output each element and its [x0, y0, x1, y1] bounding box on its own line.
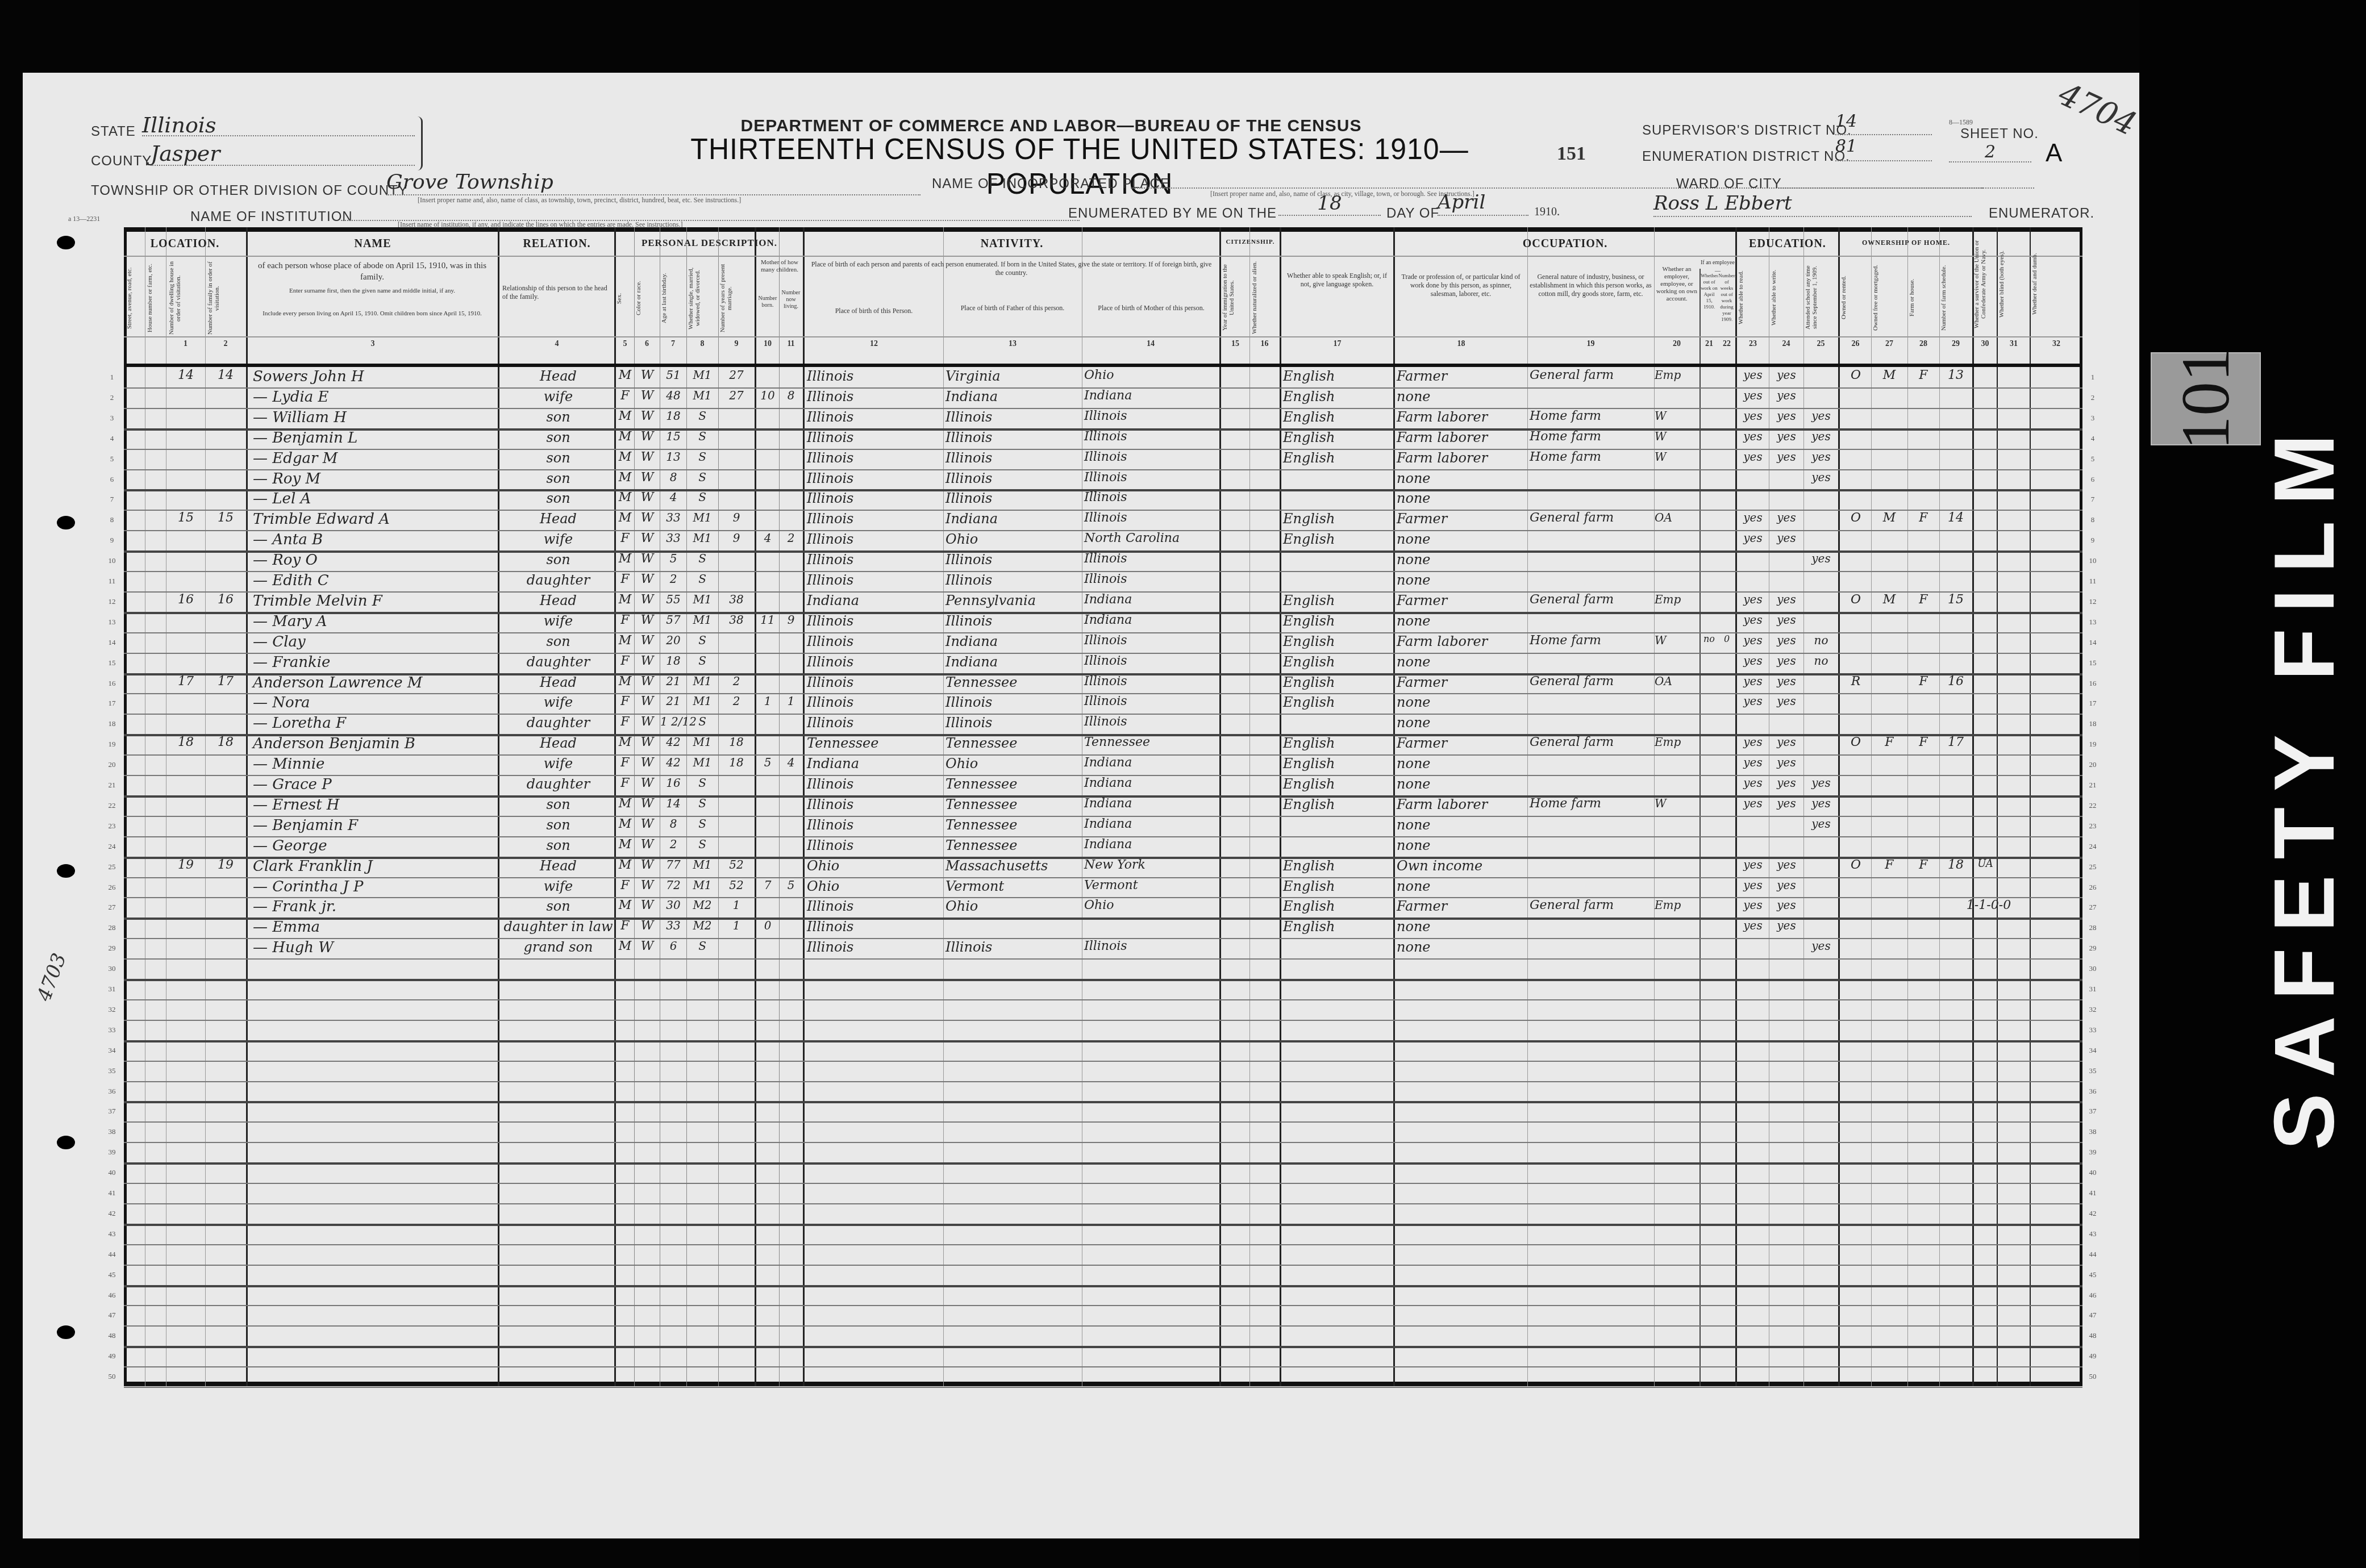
cell-write: yes [1770, 633, 1803, 647]
line-number-right: 38 [2084, 1127, 2101, 1136]
column-number: 16 [1249, 340, 1280, 349]
cell-name: — Loretha F [253, 715, 497, 732]
cell-write: yes [1770, 878, 1803, 892]
column-number: 24 [1769, 340, 1803, 349]
cell-read: yes [1738, 409, 1768, 423]
line-number-left: 43 [103, 1229, 120, 1238]
cell-industry: General farm [1530, 511, 1653, 525]
cell-mother: Tennessee [1084, 735, 1219, 749]
cell-trade: none [1397, 837, 1526, 853]
column-number: 26 [1840, 340, 1871, 349]
cell-read: yes [1738, 429, 1768, 443]
cell-write: yes [1770, 858, 1803, 871]
line-number-left: 3 [103, 414, 120, 423]
line-number-left: 9 [103, 536, 120, 545]
cell-trade: none [1397, 756, 1526, 772]
cell-sex: M [617, 470, 634, 485]
state-value: Illinois [142, 112, 415, 136]
line-number-left: 23 [103, 821, 120, 831]
cell-name: — Emma [253, 919, 497, 936]
cell-mort: F [1872, 858, 1906, 872]
cell-birth: Illinois [807, 409, 942, 425]
row-divider [124, 1040, 2082, 1042]
cell-name: Trimble Melvin F [253, 593, 497, 610]
cell-language: English [1283, 654, 1392, 670]
cell-race: W [635, 776, 659, 790]
row-divider [124, 1265, 2082, 1266]
line-number-left: 33 [103, 1025, 120, 1035]
cell-own: O [1841, 368, 1871, 382]
cell-sex: F [617, 654, 634, 668]
column-number: 19 [1527, 340, 1654, 349]
cell-marital: M1 [687, 878, 718, 892]
row-divider [124, 1203, 2082, 1204]
line-number-right: 20 [2084, 760, 2101, 769]
line-number-right: 12 [2084, 597, 2101, 606]
cell-sex: M [617, 898, 634, 912]
header-name-sub1: Enter surname first, then the given name… [253, 287, 491, 295]
cell-emp: Emp [1655, 735, 1699, 749]
divider [1803, 227, 1804, 1386]
column-number: 14 [1082, 340, 1219, 349]
cell-industry: Home farm [1530, 409, 1653, 423]
column-number: 17 [1281, 340, 1393, 349]
cell-write: yes [1770, 429, 1803, 443]
cell-marital: M1 [687, 613, 718, 627]
row-divider [124, 1020, 2082, 1021]
row-divider [124, 1244, 2082, 1245]
cell-trade: none [1397, 552, 1526, 568]
cell-mort: M [1872, 511, 1906, 525]
divider [166, 227, 166, 1386]
divider [145, 227, 145, 1386]
cell-sex: M [617, 735, 634, 749]
cell-read: yes [1738, 613, 1768, 627]
cell-language: English [1283, 858, 1392, 874]
cell-trade: Farmer [1397, 898, 1526, 914]
line-number-right: 25 [2084, 862, 2101, 871]
cell-name: Anderson Benjamin B [253, 735, 497, 752]
cell-industry: Home farm [1530, 796, 1653, 811]
line-number-left: 14 [103, 638, 120, 647]
form-code: 8—1589 [1949, 118, 1973, 127]
line-number-left: 44 [103, 1250, 120, 1259]
cell-race: W [635, 429, 659, 444]
cell-name: — George [253, 837, 497, 854]
cell-marital: M1 [687, 593, 718, 606]
cell-relation: son [503, 837, 614, 853]
line-number-right: 22 [2084, 801, 2101, 810]
cell-read: yes [1738, 674, 1768, 688]
cell-age: 30 [660, 898, 686, 912]
cell-sched: 13 [1940, 368, 1971, 382]
line-number-right: 39 [2084, 1148, 2101, 1157]
cell-marital: M1 [687, 531, 718, 545]
cell-marital: M1 [687, 756, 718, 769]
cell-relation: wife [503, 878, 614, 894]
line-number-right: 50 [2084, 1372, 2101, 1381]
divider [124, 256, 2082, 257]
sheet-label: SHEET NO. [1960, 126, 2039, 142]
cell-birth: Illinois [807, 470, 942, 486]
line-number-left: 28 [103, 923, 120, 932]
header-farm-schedule: Number of farm schedule. [1940, 260, 1971, 335]
column-number: 27 [1871, 340, 1907, 349]
cell-birth: Illinois [807, 450, 942, 466]
cell-relation: son [503, 552, 614, 568]
cell-born: 5 [756, 756, 779, 769]
cell-father: Vermont [945, 878, 1081, 894]
divider [1769, 227, 1769, 1386]
cell-father: Ohio [945, 756, 1081, 772]
cell-relation: daughter in law [503, 919, 614, 935]
cell-father: Indiana [945, 654, 1081, 670]
cell-sex: M [617, 552, 634, 566]
enumeration-label: ENUMERATION DISTRICT NO. [1642, 149, 1850, 165]
line-number-right: 46 [2084, 1291, 2101, 1300]
cell-language: English [1283, 674, 1392, 690]
cell-race: W [635, 613, 659, 627]
cell-relation: son [503, 817, 614, 833]
cell-dwelling: 15 [168, 511, 204, 525]
cell-age: 55 [660, 593, 686, 606]
cell-relation: Head [503, 674, 614, 690]
cell-farm: F [1909, 735, 1938, 749]
line-number-left: 41 [103, 1188, 120, 1198]
line-number-left: 18 [103, 719, 120, 728]
line-number-left: 47 [103, 1311, 120, 1320]
supervisor-label: SUPERVISOR'S DISTRICT NO. [1642, 123, 1852, 139]
cell-industry: Home farm [1530, 450, 1653, 464]
line-number-left: 48 [103, 1331, 120, 1340]
column-number: 8 [686, 340, 718, 349]
cell-trade: none [1397, 776, 1526, 792]
cell-industry: Home farm [1530, 429, 1653, 444]
cell-read: yes [1738, 878, 1768, 892]
line-number-left: 49 [103, 1352, 120, 1361]
cell-vet: UA [1974, 858, 1997, 870]
cell-age: 77 [660, 858, 686, 871]
cell-read: yes [1738, 389, 1768, 402]
line-number-right: 42 [2084, 1209, 2101, 1218]
sheet-side: A [2046, 139, 2062, 168]
cell-marital: M2 [687, 919, 718, 932]
cell-birth: Indiana [807, 593, 942, 608]
column-number: 28 [1907, 340, 1939, 349]
cell-emp: OA [1655, 674, 1699, 688]
cell-sex: F [617, 919, 634, 933]
cell-age: 16 [660, 776, 686, 790]
cell-age: 20 [660, 633, 686, 647]
cell-sex: M [617, 429, 634, 444]
cell-age: 21 [660, 674, 686, 688]
cell-own: R [1841, 674, 1871, 689]
cell-birth: Illinois [807, 939, 942, 955]
cell-race: W [635, 878, 659, 893]
state-label: STATE [91, 124, 136, 140]
cell-name: — Grace P [253, 776, 497, 793]
cell-birth: Illinois [807, 511, 942, 527]
header-relation: Relationship of this person to the head … [502, 284, 611, 301]
cell-race: W [635, 470, 659, 485]
line-number-right: 34 [2084, 1046, 2101, 1055]
cell-trade: Farm laborer [1397, 450, 1526, 466]
header-age: Age at last birthday. [661, 261, 685, 335]
cell-own: O [1841, 858, 1871, 872]
cell-trade: Farmer [1397, 368, 1526, 384]
header-living: Number now living. [780, 290, 802, 310]
cell-own: O [1841, 593, 1871, 607]
cell-read: yes [1738, 776, 1768, 790]
cell-marital: S [687, 715, 718, 728]
cell-race: W [635, 858, 659, 872]
cell-birth: Illinois [807, 389, 942, 404]
divider [124, 364, 2082, 367]
cell-sex: M [617, 593, 634, 607]
line-number-right: 40 [2084, 1168, 2101, 1177]
cell-race: W [635, 694, 659, 708]
cell-years: 2 [719, 694, 753, 708]
cell-language: English [1283, 511, 1392, 527]
cell-farm: F [1909, 511, 1938, 525]
divider [1735, 227, 1737, 1386]
cell-years: 1 [719, 919, 753, 932]
cell-farm: F [1909, 368, 1938, 382]
line-number-right: 17 [2084, 699, 2101, 708]
column-number: 20 [1654, 340, 1699, 349]
film-label-text: SAFETY FILM [2255, 418, 2353, 1150]
cell-read: yes [1738, 511, 1768, 524]
line-number-left: 17 [103, 699, 120, 708]
cell-school: no [1805, 654, 1838, 668]
header-blind: Whether blind (both eyes). [1998, 233, 2028, 335]
cell-name: Trimble Edward A [253, 511, 497, 528]
line-number-left: 24 [103, 842, 120, 851]
column-number: 32 [2031, 340, 2082, 349]
line-number-right: 1 [2084, 373, 2101, 382]
header-years-married: Number of years of present marriage. [719, 261, 753, 335]
cell-school: yes [1805, 429, 1838, 443]
cell-dwelling: 18 [168, 735, 204, 749]
cell-trade: Farmer [1397, 674, 1526, 690]
cell-mother: Illinois [1084, 470, 1219, 485]
column-number: 31 [1998, 340, 2030, 349]
cell-father: Illinois [945, 470, 1081, 486]
header-veteran: Whether a survivor of the Union or Confe… [1973, 233, 1996, 335]
section-ownership: OWNERSHIP OF HOME. [1840, 239, 1972, 247]
cell-write: yes [1770, 511, 1803, 524]
cell-marital: S [687, 837, 718, 851]
column-number: 1 [166, 340, 205, 349]
cell-age: 33 [660, 919, 686, 932]
line-number-right: 7 [2084, 495, 2101, 504]
header-marital: Whether single, married, widowed, or div… [688, 261, 717, 335]
cell-relation: grand son [503, 939, 614, 955]
cell-relation: son [503, 409, 614, 425]
row-divider [124, 1305, 2082, 1306]
cell-mother: Indiana [1084, 389, 1219, 403]
cell-trade: none [1397, 470, 1526, 486]
cell-marital: S [687, 552, 718, 565]
column-number: 22 [1718, 340, 1735, 349]
cell-birth: Illinois [807, 919, 942, 935]
cell-trade: none [1397, 389, 1526, 404]
cell-trade: Farmer [1397, 593, 1526, 608]
cell-birth: Illinois [807, 796, 942, 812]
cell-father: Massachusetts [945, 858, 1081, 874]
cell-age: 13 [660, 450, 686, 464]
cell-years: 18 [719, 735, 753, 749]
punch-hole [57, 1325, 75, 1339]
line-number-right: 48 [2084, 1331, 2101, 1340]
header-write: Whether able to write. [1771, 260, 1802, 335]
line-number-right: 2 [2084, 393, 2101, 402]
cell-trade: none [1397, 531, 1526, 547]
column-number: 15 [1221, 340, 1249, 349]
divider [498, 227, 499, 1386]
cell-sex: F [617, 715, 634, 729]
cell-mother: Illinois [1084, 694, 1219, 708]
cell-language: English [1283, 919, 1392, 935]
divider [943, 227, 944, 1386]
line-number-right: 35 [2084, 1066, 2101, 1075]
line-number-left: 2 [103, 393, 120, 402]
cell-years: 9 [719, 531, 753, 545]
line-number-left: 10 [103, 556, 120, 565]
cell-trade: Farm laborer [1397, 633, 1526, 649]
cell-language: English [1283, 878, 1392, 894]
line-number-left: 30 [103, 964, 120, 973]
cell-father: Tennessee [945, 776, 1081, 792]
line-number-left: 37 [103, 1107, 120, 1116]
cell-family: 17 [207, 674, 244, 689]
cell-father: Pennsylvania [945, 593, 1081, 608]
divider [246, 227, 248, 1386]
cell-sex: M [617, 490, 634, 504]
cell-race: W [635, 593, 659, 607]
cell-race: W [635, 919, 659, 933]
cell-read: yes [1738, 756, 1768, 769]
cell-race: W [635, 511, 659, 525]
section-education: EDUCATION. [1737, 237, 1838, 251]
cell-race: W [635, 552, 659, 566]
cell-sched: 14 [1940, 511, 1971, 525]
cell-school: yes [1805, 776, 1838, 790]
cell-mother: New York [1084, 858, 1219, 872]
cell-age: 18 [660, 654, 686, 668]
cell-name: — William H [253, 409, 497, 426]
cell-school: yes [1805, 409, 1838, 423]
cell-birth: Illinois [807, 654, 942, 670]
cell-mother: Indiana [1084, 613, 1219, 627]
cell-born: 4 [756, 531, 779, 545]
cell-relation: son [503, 796, 614, 812]
line-number-left: 32 [103, 1005, 120, 1014]
row-divider [124, 1387, 2082, 1388]
cell-sex: F [617, 613, 634, 627]
cell-mother: Indiana [1084, 756, 1219, 770]
cell-trade: none [1397, 919, 1526, 935]
cell-age: 33 [660, 511, 686, 524]
cell-read: yes [1738, 735, 1768, 749]
line-number-right: 43 [2084, 1229, 2101, 1238]
ward-label: WARD OF CITY [1676, 176, 1782, 192]
cell-name: — Nora [253, 694, 497, 711]
divider [634, 227, 635, 1386]
cell-relation: wife [503, 694, 614, 710]
cell-father: Virginia [945, 368, 1081, 384]
line-number-left: 36 [103, 1087, 120, 1096]
cell-birth: Illinois [807, 817, 942, 833]
header-name-sub2: Include every person living on April 15,… [253, 310, 491, 318]
header-trade: Trade or profession of, or particular ki… [1397, 273, 1525, 298]
line-number-right: 49 [2084, 1352, 2101, 1361]
cell-born: 1 [756, 694, 779, 708]
row-divider [124, 1142, 2082, 1143]
cell-relation: son [503, 450, 614, 466]
form-number: 151 [1557, 143, 1586, 165]
line-number-left: 6 [103, 475, 120, 484]
line-number-left: 4 [103, 434, 120, 443]
header-mother-of: Mother of how many children. [756, 259, 803, 274]
punch-hole [57, 864, 75, 878]
cell-name: Clark Franklin J [253, 858, 497, 875]
row-divider [124, 1366, 2082, 1367]
day-of-label: DAY OF [1386, 206, 1439, 222]
header-birth-person: Place of birth of this Person. [807, 307, 941, 315]
cell-language: English [1283, 389, 1392, 404]
line-number-left: 50 [103, 1372, 120, 1381]
cell-emp: W [1655, 409, 1699, 423]
divider [803, 227, 805, 1386]
cell-relation: daughter [503, 776, 614, 792]
header-sex: Sex. [616, 261, 633, 335]
cell-emp: OA [1655, 511, 1699, 524]
line-number-left: 21 [103, 781, 120, 790]
divider [1997, 227, 1998, 1386]
row-divider [124, 1325, 2082, 1327]
header-farm-house: Farm or house. [1909, 260, 1938, 335]
cell-birth: Illinois [807, 368, 942, 384]
cell-age: 4 [660, 490, 686, 504]
cell-race: W [635, 939, 659, 953]
line-number-left: 29 [103, 944, 120, 953]
cell-marital: S [687, 633, 718, 647]
reel-number: 101 [2172, 348, 2240, 450]
cell-mother: Illinois [1084, 552, 1219, 566]
cell-age: 51 [660, 368, 686, 382]
line-number-left: 1 [103, 373, 120, 382]
header-birth-mother: Place of birth of Mother of this person. [1084, 304, 1218, 312]
header-born: Number born. [756, 295, 779, 309]
line-number-left: 12 [103, 597, 120, 606]
column-number: 29 [1939, 340, 1972, 349]
cell-name: — Anta B [253, 531, 497, 548]
cell-father: Ohio [945, 898, 1081, 914]
cell-marital: S [687, 572, 718, 586]
cell-age: 2 [660, 572, 686, 586]
cell-industry: General farm [1530, 674, 1653, 689]
divider [205, 227, 206, 1386]
row-divider [124, 1061, 2082, 1062]
line-number-right: 15 [2084, 658, 2101, 668]
line-number-left: 25 [103, 862, 120, 871]
punch-hole [57, 236, 75, 249]
line-number-left: 35 [103, 1066, 120, 1075]
header-weeks-out: Number of weeks out of work during year … [1718, 273, 1735, 323]
cell-father: Indiana [945, 389, 1081, 404]
enumerated-month: April [1438, 191, 1528, 216]
